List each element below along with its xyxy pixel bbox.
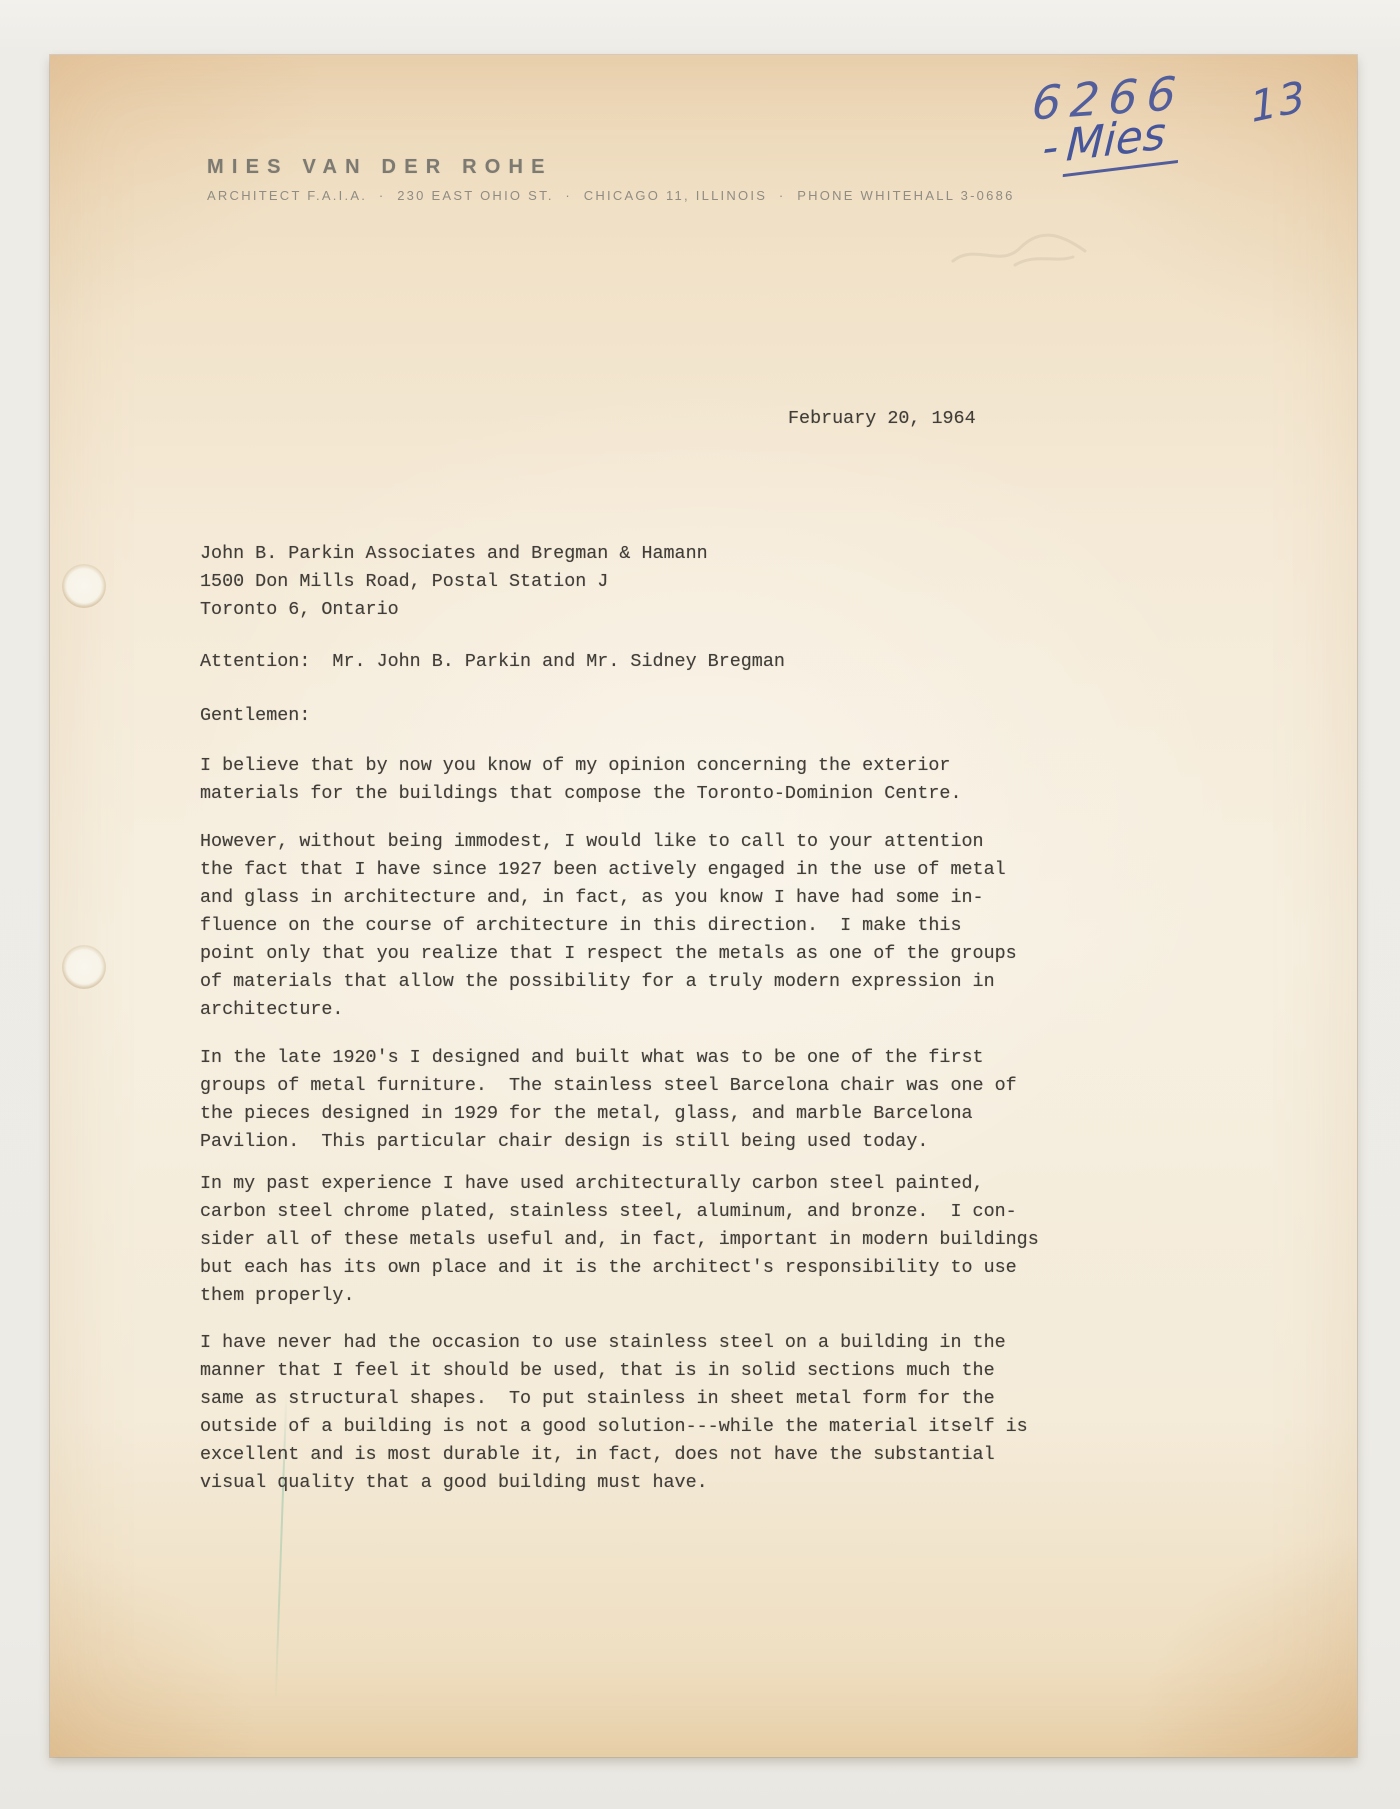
paragraph-1: I believe that by now you know of my opi… <box>200 752 1280 808</box>
paragraph-2: However, without being immodest, I would… <box>200 828 1280 1024</box>
letter-body: February 20, 1964 John B. Parkin Associa… <box>200 405 1280 1497</box>
attention-line: Attention: Mr. John B. Parkin and Mr. Si… <box>200 648 1280 676</box>
letter-date: February 20, 1964 <box>788 405 1280 433</box>
handwritten-dash: - <box>1041 121 1059 175</box>
letter-paper: MIES VAN DER ROHE ARCHITECT F.A.I.A. · 2… <box>50 55 1357 1757</box>
punch-hole-top <box>62 564 106 608</box>
paragraph-4: In my past experience I have used archit… <box>200 1170 1280 1310</box>
handwritten-page-number: 13 <box>1248 71 1309 132</box>
paragraph-3: In the late 1920's I designed and built … <box>200 1044 1280 1156</box>
letterhead-name: MIES VAN DER ROHE <box>207 156 553 179</box>
punch-hole-bottom <box>62 945 106 989</box>
letterhead-address: ARCHITECT F.A.I.A. · 230 EAST OHIO ST. ·… <box>207 188 1015 203</box>
faint-pencil-scribble <box>945 213 1095 283</box>
salutation: Gentlemen: <box>200 702 1280 730</box>
paragraph-5: I have never had the occasion to use sta… <box>200 1329 1280 1497</box>
recipient-address: John B. Parkin Associates and Bregman & … <box>200 540 1280 624</box>
